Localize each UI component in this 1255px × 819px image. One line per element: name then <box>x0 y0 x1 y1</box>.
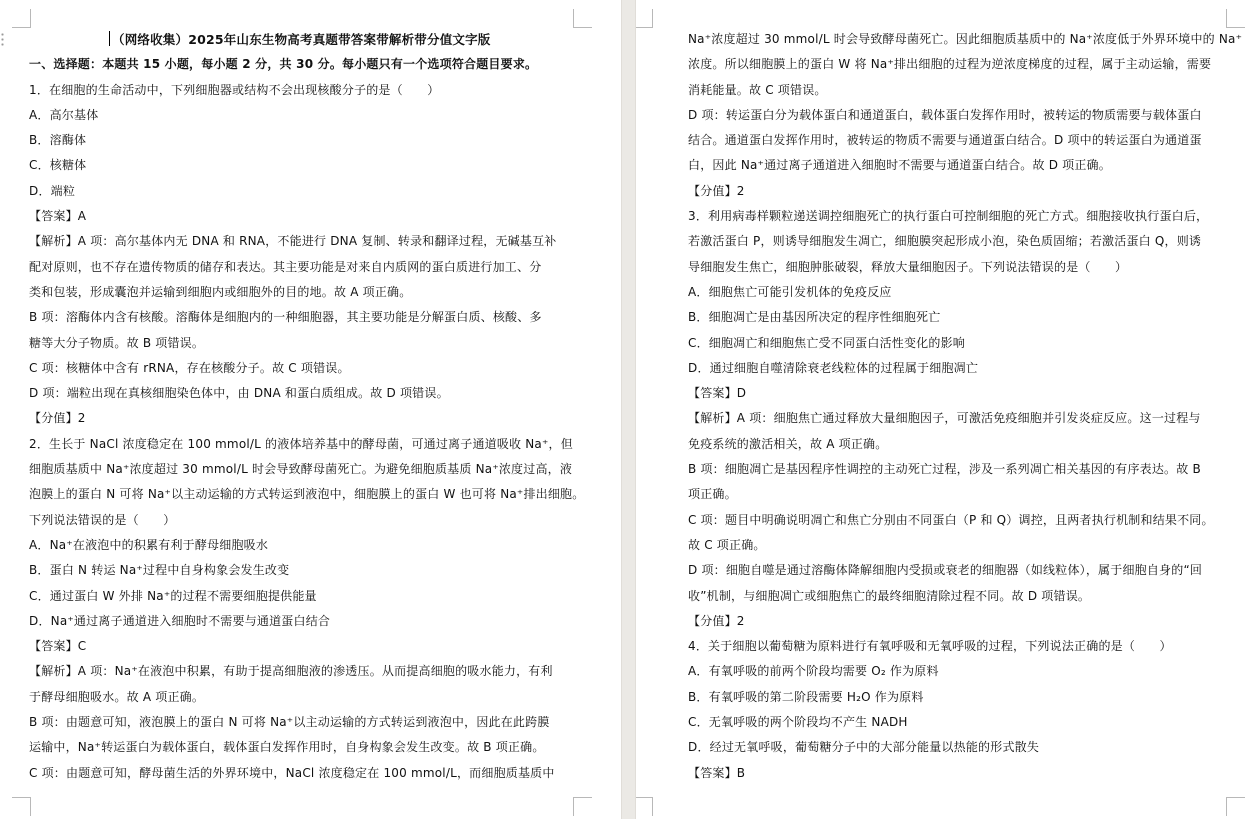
text-cursor <box>109 31 110 46</box>
question-2-analysis: D 项：转运蛋白分为载体蛋白和通道蛋白，载体蛋白发挥作用时，被转运的物质需要与载… <box>688 103 1236 128</box>
question-3-option-a: A．细胞焦亡可能引发机体的免疫反应 <box>688 280 1236 305</box>
question-1-option-a: A．高尔基体 <box>29 103 574 128</box>
page-content[interactable]: Na⁺浓度超过 30 mmol/L 时会导致酵母菌死亡。因此细胞质基质中的 Na… <box>688 27 1236 786</box>
question-2-option-d: D．Na⁺通过离子通道进入细胞时不需要与通道蛋白结合 <box>29 609 574 634</box>
question-4-option-d: D．经过无氧呼吸，葡萄糖分子中的大部分能量以热能的形式散失 <box>688 735 1236 760</box>
question-1-option-c: C．核糖体 <box>29 153 574 178</box>
page-corner-mark <box>1226 9 1245 28</box>
question-2-analysis: 【解析】A 项：Na⁺在液泡中积累，有助于提高细胞液的渗透压。从而提高细胞的吸水… <box>29 659 574 684</box>
question-3-analysis: D 项：细胞自噬是通过溶酶体降解细胞内受损或衰老的细胞器（如线粒体），属于细胞自… <box>688 558 1236 583</box>
question-4-answer: 【答案】B <box>688 761 1236 786</box>
question-2-analysis: 于酵母细胞吸水。故 A 项正确。 <box>29 685 574 710</box>
document-title-line: （网络收集）2025年山东生物高考真题带答案带解析带分值文字版 <box>29 27 574 52</box>
document-title: （网络收集）2025年山东生物高考真题带答案带解析带分值文字版 <box>112 32 491 47</box>
question-3-stem: 3．利用病毒样颗粒递送调控细胞死亡的执行蛋白可控制细胞的死亡方式。细胞接收执行蛋… <box>688 204 1236 229</box>
page-corner-mark <box>636 797 653 816</box>
question-1-analysis: 【解析】A 项：高尔基体内无 DNA 和 RNA，不能进行 DNA 复制、转录和… <box>29 229 574 254</box>
question-3-analysis: 收”机制，与细胞凋亡或细胞焦亡的最终细胞清除过程不同。故 D 项错误。 <box>688 584 1236 609</box>
question-1-analysis: 糖等大分子物质。故 B 项错误。 <box>29 331 574 356</box>
page-corner-mark <box>12 797 31 816</box>
question-3-analysis: 【解析】A 项：细胞焦亡通过释放大量细胞因子，可激活免疫细胞并引发炎症反应。这一… <box>688 406 1236 431</box>
page-corner-mark <box>636 9 653 28</box>
question-2-analysis: 白，因此 Na⁺通过离子通道进入细胞时不需要与通道蛋白结合。故 D 项正确。 <box>688 153 1236 178</box>
document-page-left[interactable]: （网络收集）2025年山东生物高考真题带答案带解析带分值文字版 一、选择题：本题… <box>0 0 621 819</box>
question-2-analysis: 消耗能量。故 C 项错误。 <box>688 78 1236 103</box>
question-3-stem: 若激活蛋白 P，则诱导细胞发生凋亡，细胞膜突起形成小泡，染色质固缩；若激活蛋白 … <box>688 229 1236 254</box>
question-1-analysis: 类和包装，形成囊泡并运输到细胞内或细胞外的目的地。故 A 项正确。 <box>29 280 574 305</box>
question-3-option-c: C．细胞凋亡和细胞焦亡受不同蛋白活性变化的影响 <box>688 331 1236 356</box>
question-3-answer: 【答案】D <box>688 381 1236 406</box>
question-4-option-a: A．有氧呼吸的前两个阶段均需要 O₂ 作为原料 <box>688 659 1236 684</box>
question-2-score: 【分值】2 <box>688 179 1236 204</box>
question-2-analysis: B 项：由题意可知，液泡膜上的蛋白 N 可将 Na⁺以主动运输的方式转运到液泡中… <box>29 710 574 735</box>
question-1-analysis: C 项：核糖体中含有 rRNA，存在核酸分子。故 C 项错误。 <box>29 356 574 381</box>
question-2-analysis: C 项：由题意可知，酵母菌生活的外界环境中，NaCl 浓度稳定在 100 mmo… <box>29 761 574 786</box>
question-2-stem: 下列说法错误的是（ ） <box>29 508 574 533</box>
question-4-option-b: B．有氧呼吸的第二阶段需要 H₂O 作为原料 <box>688 685 1236 710</box>
question-3-analysis: 故 C 项正确。 <box>688 533 1236 558</box>
question-1-analysis: B 项：溶酶体内含有核酸。溶酶体是细胞内的一种细胞器，其主要功能是分解蛋白质、核… <box>29 305 574 330</box>
question-2-stem: 2．生长于 NaCl 浓度稳定在 100 mmol/L 的液体培养基中的酵母菌，… <box>29 432 574 457</box>
question-1-stem: 1．在细胞的生命活动中，下列细胞器或结构不会出现核酸分子的是（ ） <box>29 78 574 103</box>
question-3-stem: 导细胞发生焦亡，细胞肿胀破裂，释放大量细胞因子。下列说法错误的是（ ） <box>688 255 1236 280</box>
question-2-analysis: 结合。通道蛋白发挥作用时，被转运的物质不需要与通道蛋白结合。D 项中的转运蛋白为… <box>688 128 1236 153</box>
page-corner-mark <box>1226 797 1245 816</box>
question-1-analysis: 配对原则，也不存在遗传物质的储存和表达。其主要功能是对来自内质网的蛋白质进行加工… <box>29 255 574 280</box>
question-1-option-d: D．端粒 <box>29 179 574 204</box>
question-2-stem: 泡膜上的蛋白 N 可将 Na⁺以主动运输的方式转运到液泡中，细胞膜上的蛋白 W … <box>29 482 574 507</box>
question-1-option-b: B．溶酶体 <box>29 128 574 153</box>
section-heading: 一、选择题：本题共 15 小题，每小题 2 分，共 30 分。每小题只有一个选项… <box>29 52 574 77</box>
page-separator <box>621 0 636 819</box>
question-1-score: 【分值】2 <box>29 406 574 431</box>
question-3-score: 【分值】2 <box>688 609 1236 634</box>
question-2-option-b: B．蛋白 N 转运 Na⁺过程中自身构象会发生改变 <box>29 558 574 583</box>
question-3-analysis: 项正确。 <box>688 482 1236 507</box>
question-2-answer: 【答案】C <box>29 634 574 659</box>
question-2-analysis: 浓度。所以细胞膜上的蛋白 W 将 Na⁺排出细胞的过程为逆浓度梯度的过程，属于主… <box>688 52 1236 77</box>
question-2-analysis: Na⁺浓度超过 30 mmol/L 时会导致酵母菌死亡。因此细胞质基质中的 Na… <box>688 27 1236 52</box>
question-1-analysis: D 项：端粒出现在真核细胞染色体中，由 DNA 和蛋白质组成。故 D 项错误。 <box>29 381 574 406</box>
question-2-option-a: A．Na⁺在液泡中的积累有利于酵母细胞吸水 <box>29 533 574 558</box>
question-2-option-c: C．通过蛋白 W 外排 Na⁺的过程不需要细胞提供能量 <box>29 584 574 609</box>
question-2-stem: 细胞质基质中 Na⁺浓度超过 30 mmol/L 时会导致酵母菌死亡。为避免细胞… <box>29 457 574 482</box>
document-page-right[interactable]: Na⁺浓度超过 30 mmol/L 时会导致酵母菌死亡。因此细胞质基质中的 Na… <box>636 0 1255 819</box>
page-corner-mark <box>573 9 592 28</box>
question-2-analysis: 运输中，Na⁺转运蛋白为载体蛋白，载体蛋白发挥作用时，自身构象会发生改变。故 B… <box>29 735 574 760</box>
question-4-option-c: C．无氧呼吸的两个阶段均不产生 NADH <box>688 710 1236 735</box>
question-3-analysis: 免疫系统的激活相关，故 A 项正确。 <box>688 432 1236 457</box>
page-corner-mark <box>573 797 592 816</box>
question-3-analysis: C 项：题目中明确说明凋亡和焦亡分别由不同蛋白（P 和 Q）调控，且两者执行机制… <box>688 508 1236 533</box>
question-3-option-d: D．通过细胞自噬清除衰老线粒体的过程属于细胞凋亡 <box>688 356 1236 381</box>
question-3-analysis: B 项：细胞凋亡是基因程序性调控的主动死亡过程，涉及一系列凋亡相关基因的有序表达… <box>688 457 1236 482</box>
paragraph-drag-handle-icon[interactable] <box>1 32 4 46</box>
question-4-stem: 4．关于细胞以葡萄糖为原料进行有氧呼吸和无氧呼吸的过程，下列说法正确的是（ ） <box>688 634 1236 659</box>
question-1-answer: 【答案】A <box>29 204 574 229</box>
question-3-option-b: B．细胞凋亡是由基因所决定的程序性细胞死亡 <box>688 305 1236 330</box>
page-content[interactable]: （网络收集）2025年山东生物高考真题带答案带解析带分值文字版 一、选择题：本题… <box>29 27 574 786</box>
page-corner-mark <box>12 9 31 28</box>
